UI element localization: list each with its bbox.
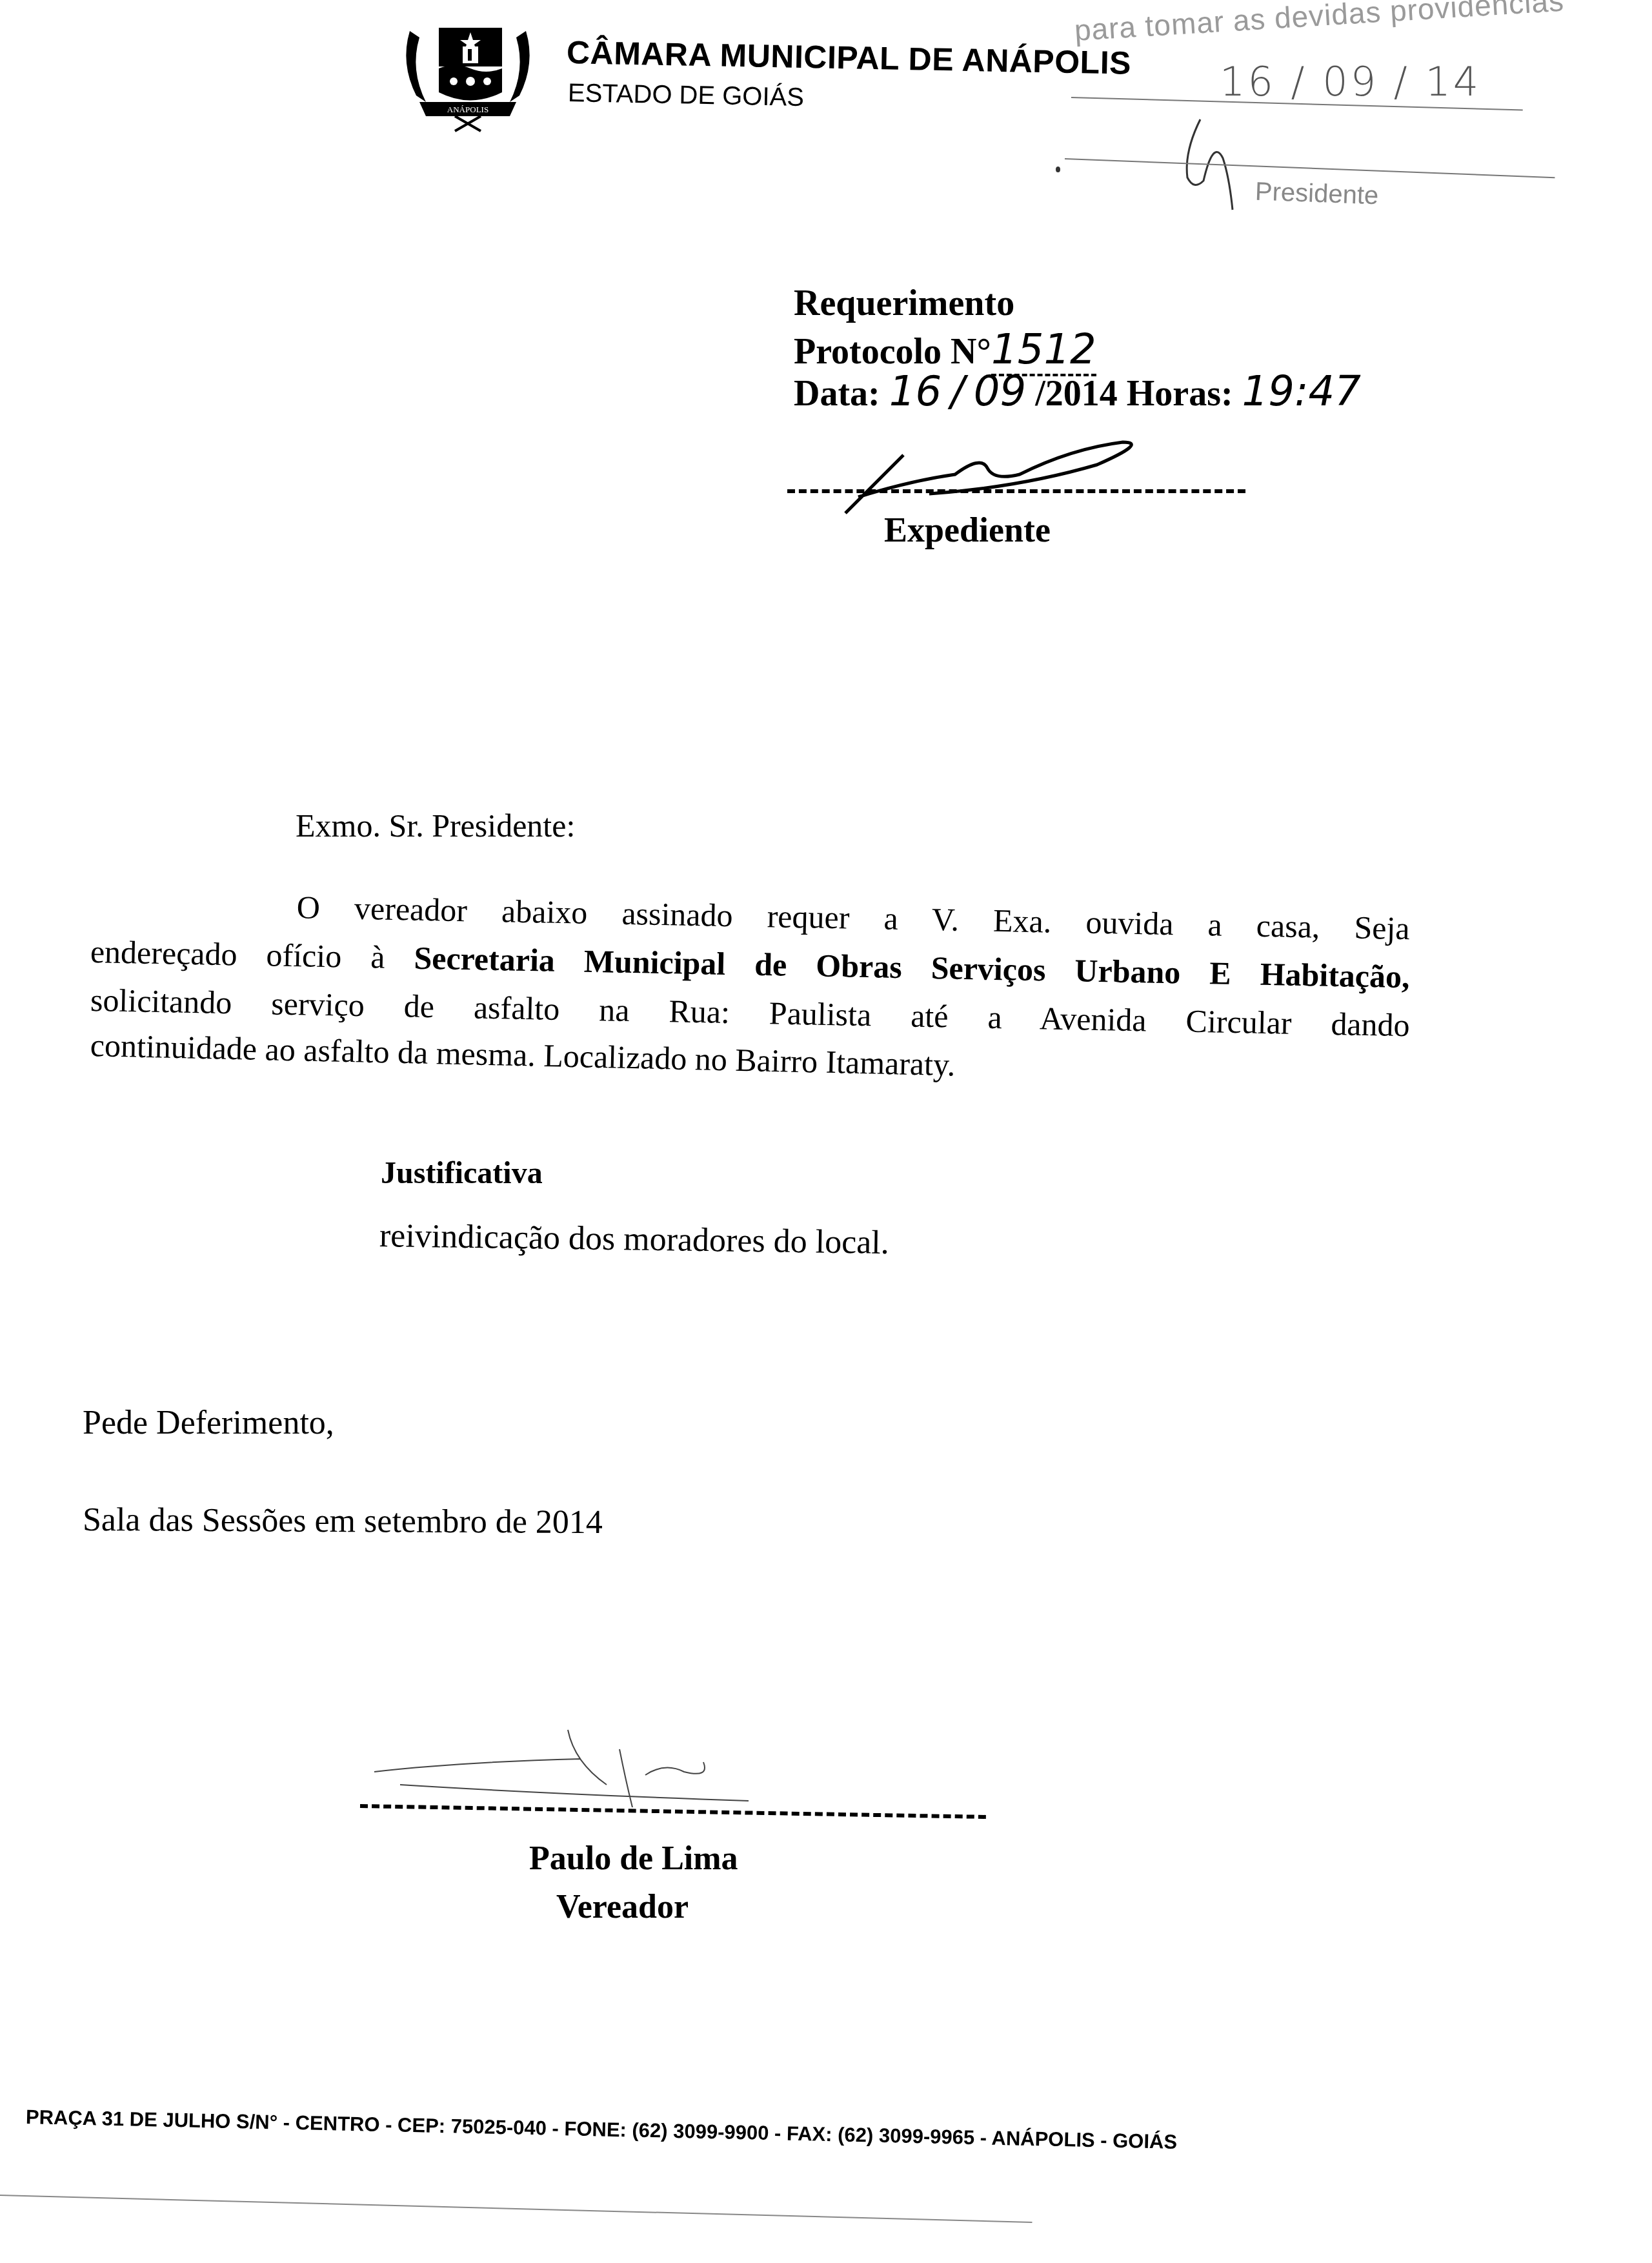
date-separator: / xyxy=(951,368,965,416)
footer-address: PRAÇA 31 DE JULHO S/N° - CENTRO - CEP: 7… xyxy=(26,2106,1178,2154)
justification-text: reivindicação dos moradores do local. xyxy=(379,1217,890,1262)
signer-name: Paulo de Lima xyxy=(529,1840,738,1878)
footer-rule xyxy=(0,2195,1032,2223)
protocol-number-label: Protocolo N° xyxy=(794,332,991,372)
salutation: Exmo. Sr. Presidente: xyxy=(296,807,575,844)
svg-text:ANÁPOLIS: ANÁPOLIS xyxy=(447,105,489,114)
protocol-date-year: /2014 xyxy=(1035,374,1118,414)
protocol-time-value: 19:47 xyxy=(1242,368,1361,416)
protocol-date-month: 09 xyxy=(974,368,1026,416)
document-type: Requerimento xyxy=(794,283,1014,324)
paragraph-text: continuidade ao asfalto da mesma. Locali… xyxy=(90,1027,956,1082)
organization-state: ESTADO DE GOIÁS xyxy=(568,79,805,112)
dispatch-stamp-role: Presidente xyxy=(1254,178,1379,211)
municipal-coat-of-arms-icon: ANÁPOLIS xyxy=(397,5,539,134)
paragraph-text: endereçado ofício à xyxy=(90,933,385,975)
protocol-date-day: 16 xyxy=(889,368,942,416)
paragraph-text: O vereador abaixo assinado requer a V. E… xyxy=(296,889,1410,946)
protocol-date-label: Data: xyxy=(794,374,880,414)
expediente-signature-icon xyxy=(826,429,1187,523)
place-date: Sala das Sessões em setembro de 2014 xyxy=(83,1501,603,1541)
organization-name: CÂMARA MUNICIPAL DE ANÁPOLIS xyxy=(566,34,1131,82)
department-label: Expediente xyxy=(884,510,1051,550)
stamp-signature-rule xyxy=(1065,158,1555,178)
protocol-time-label: Horas: xyxy=(1127,374,1233,414)
recipient-department: Secretaria Municipal de Obras Serviços U… xyxy=(414,940,1410,995)
protocol-number-row: Protocolo N°1512 xyxy=(794,326,1096,374)
justification-title: Justificativa xyxy=(381,1155,543,1191)
dispatch-stamp-date: 16 / 09 / 14 xyxy=(1220,58,1481,105)
expediente-signature-line xyxy=(787,489,1245,493)
stamp-dot xyxy=(1056,167,1060,172)
dispatch-stamp-instruction: para tomar as devidas providências xyxy=(1073,0,1565,48)
protocol-date-row: Data: 16 / 09 /2014 Horas: 19:47 xyxy=(794,368,1361,416)
request-paragraph-line-4: continuidade ao asfalto da mesma. Locali… xyxy=(90,1026,956,1083)
councilor-signature-icon xyxy=(361,1723,813,1811)
signer-role: Vereador xyxy=(556,1888,689,1926)
closing-text: Pede Deferimento, xyxy=(83,1404,334,1442)
